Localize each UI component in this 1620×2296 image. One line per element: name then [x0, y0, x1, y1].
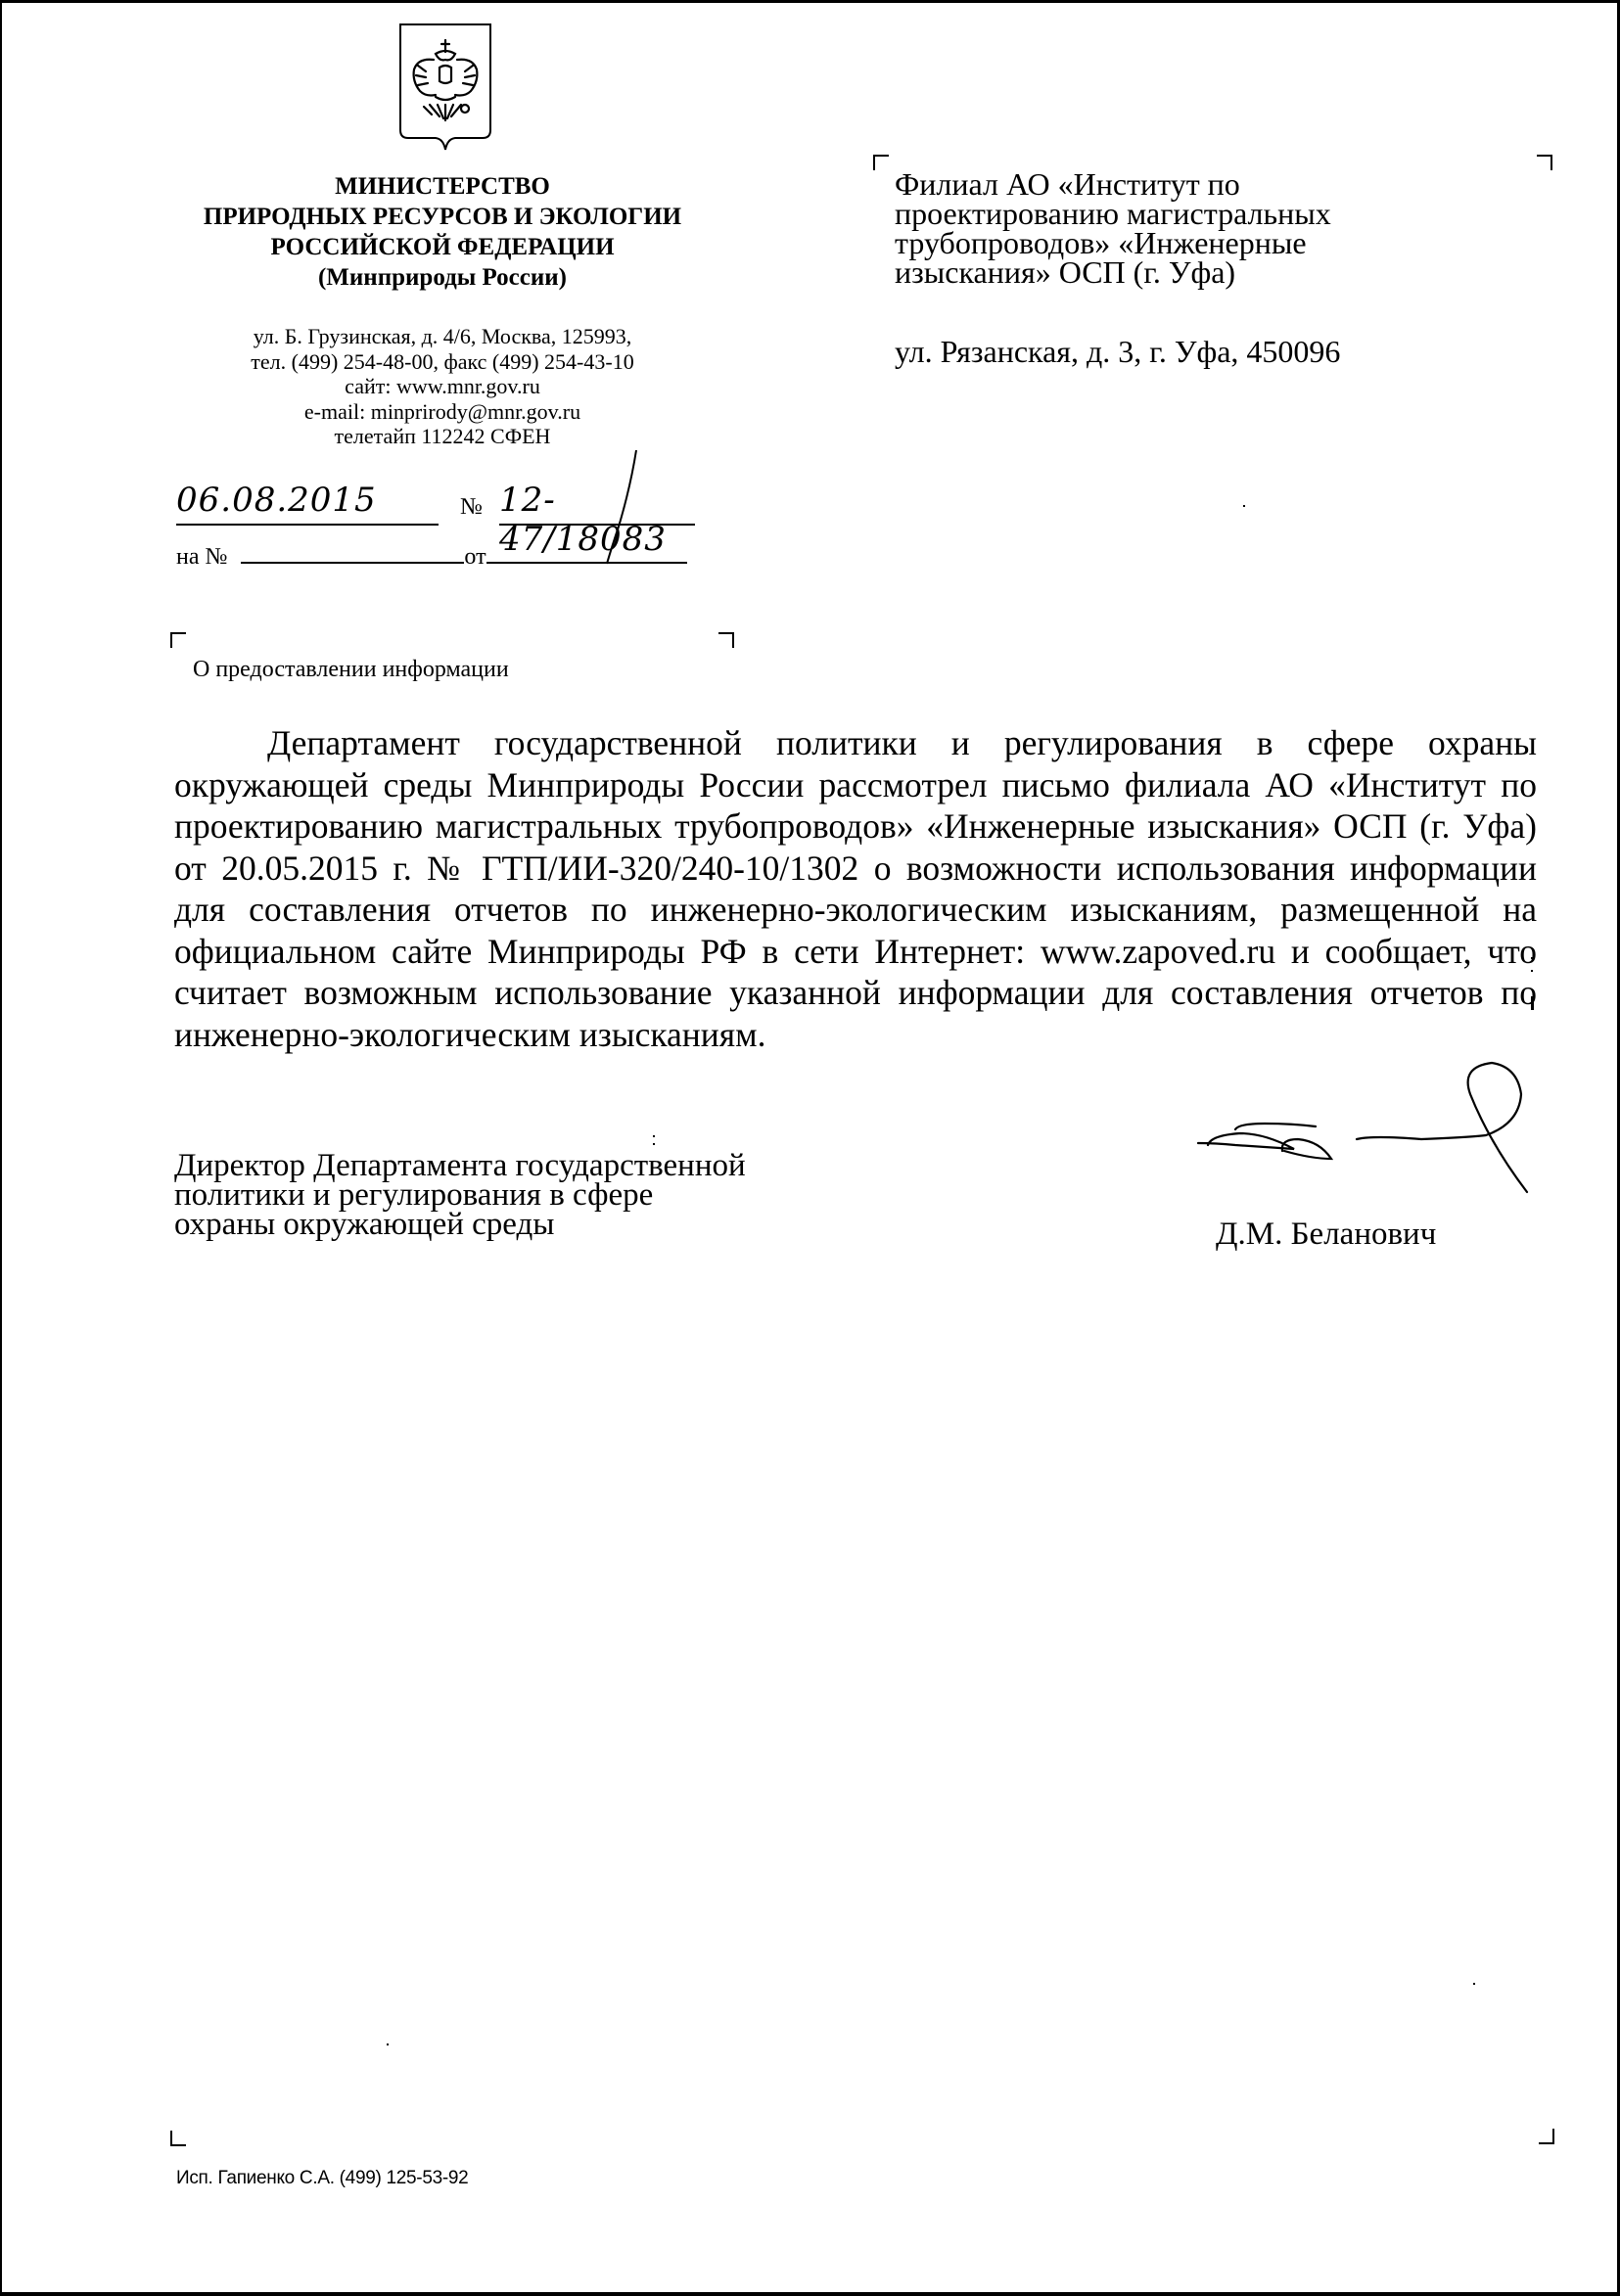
signatory-title-line: охраны окружающей среды: [174, 1210, 859, 1239]
signatory-title: Директор Департамента государственной по…: [174, 1151, 859, 1239]
scan-dot: [653, 1143, 655, 1145]
signatory-name: Д.М. Беланович: [1216, 1217, 1436, 1253]
ministry-line: РОССИЙСКОЙ ФЕДЕРАЦИИ: [149, 232, 736, 262]
contact-address: ул. Б. Грузинская, д. 4/6, Москва, 12599…: [149, 324, 736, 349]
scan-dot: [1531, 970, 1533, 972]
scan-dot: [387, 2043, 389, 2045]
signatory-title-line: Директор Департамента государственной: [174, 1151, 859, 1180]
registration-date: 06.08.2015: [176, 481, 439, 526]
contact-email: e-mail: minprirody@mnr.gov.ru: [149, 399, 736, 425]
addressee-line: изыскания» ОСП (г. Уфа): [895, 257, 1482, 287]
from-date-blank: [486, 542, 687, 564]
executor-info: Исп. Гапиенко С.А. (499) 125-53-92: [176, 2168, 468, 2189]
ministry-name: МИНИСТЕРСТВО ПРИРОДНЫХ РЕСУРСОВ И ЭКОЛОГ…: [149, 171, 736, 293]
scan-dot: [1473, 1983, 1475, 1985]
scan-mark: [1531, 996, 1534, 1010]
addressee-address: ул. Рязанская, д. 3, г. Уфа, 450096: [895, 334, 1340, 370]
ministry-short-name: (Минприроды России): [149, 262, 736, 293]
addressee-corner-top-left: [873, 155, 889, 170]
footer-corner-bottom-right: [1539, 2129, 1554, 2144]
contact-teletype: телетайп 112242 СФЕН: [149, 424, 736, 449]
contact-website: сайт: www.mnr.gov.ru: [149, 374, 736, 399]
addressee-line: трубопроводов» «Инженерные: [895, 228, 1482, 257]
ministry-line: МИНИСТЕРСТВО: [149, 171, 736, 202]
from-label: от: [464, 544, 486, 570]
ministry-contacts: ул. Б. Грузинская, д. 4/6, Москва, 12599…: [149, 324, 736, 449]
signatory-title-line: политики и регулирования в сфере: [174, 1180, 859, 1210]
addressee-line: проектированию магистральных: [895, 199, 1482, 228]
reply-to-label: на №: [176, 544, 227, 570]
letter-subject: О предоставлении информации: [193, 657, 509, 683]
coat-of-arms-icon: [396, 21, 494, 156]
addressee-line: Филиал АО «Институт по: [895, 169, 1482, 199]
subject-corner-top-right: [718, 632, 734, 648]
footer-corner-bottom-left: [170, 2131, 186, 2146]
reply-to-number-blank: [241, 542, 464, 564]
letter-page: МИНИСТЕРСТВО ПРИРОДНЫХ РЕСУРСОВ И ЭКОЛОГ…: [0, 0, 1620, 2296]
subject-corner-top-left: [170, 632, 186, 648]
contact-phone-fax: тел. (499) 254-48-00, факс (499) 254-43-…: [149, 349, 736, 375]
handwritten-signature: [1137, 1055, 1529, 1212]
scan-dot: [1243, 505, 1245, 507]
reply-to-line: на № от: [176, 542, 687, 571]
scan-dot: [1531, 957, 1533, 959]
addressee-corner-top-right: [1537, 155, 1552, 170]
addressee-name: Филиал АО «Институт по проектированию ма…: [895, 169, 1482, 287]
letter-body: Департамент государственной политики и р…: [174, 722, 1537, 1055]
ministry-line: ПРИРОДНЫХ РЕСУРСОВ И ЭКОЛОГИИ: [149, 202, 736, 232]
registration-number: 12-47/18083: [499, 481, 695, 526]
number-label: №: [460, 494, 483, 521]
scan-dot: [653, 1135, 655, 1137]
